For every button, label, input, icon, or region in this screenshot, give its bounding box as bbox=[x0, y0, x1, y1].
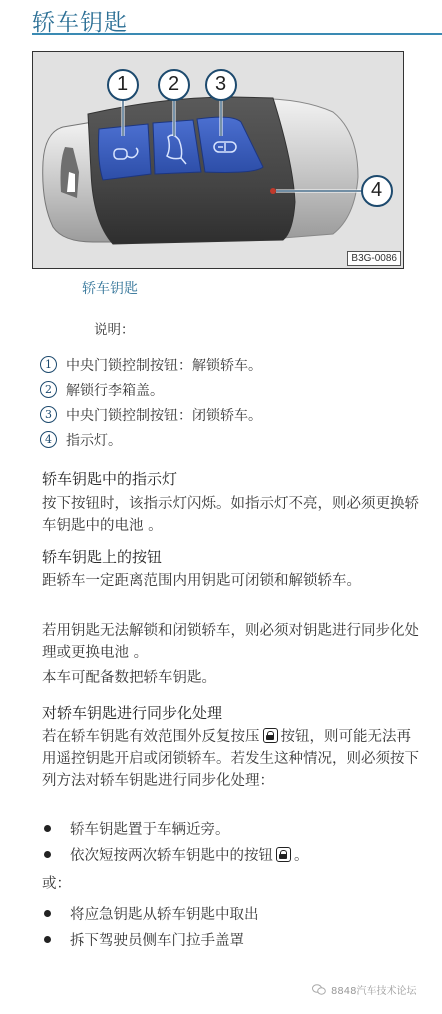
sync-body-before: 若在轿车钥匙有效范围外反复按压 bbox=[42, 729, 260, 745]
legend-label: 说明： bbox=[94, 318, 135, 338]
bullet-icon bbox=[44, 825, 51, 832]
list-item: 依次短按两次轿车钥匙中的按钮。 bbox=[42, 841, 309, 867]
section-heading-indicator: 轿车钥匙中的指示灯 bbox=[42, 468, 177, 489]
step-text-after: 。 bbox=[294, 844, 309, 865]
wechat-icon bbox=[312, 984, 326, 995]
section-heading-sync: 对轿车钥匙进行同步化处理 bbox=[42, 702, 222, 723]
title-underline bbox=[32, 33, 442, 35]
list-item: 拆下驾驶员侧车门拉手盖罩 bbox=[42, 926, 259, 952]
legend-item: 4 指示灯。 bbox=[40, 427, 262, 452]
alt-steps-list: 将应急钥匙从轿车钥匙中取出 拆下驾驶员侧车门拉手盖罩 bbox=[42, 900, 259, 952]
legend-item-text: 中央门锁控制按钮：解锁轿车。 bbox=[66, 355, 262, 375]
bullet-icon bbox=[44, 851, 51, 858]
lock-button-icon bbox=[276, 847, 291, 862]
or-label: 或： bbox=[42, 873, 422, 895]
callout-3: 3 bbox=[215, 73, 226, 96]
legend-item-text: 解锁行李箱盖。 bbox=[66, 380, 164, 400]
legend-item: 2 解锁行李箱盖。 bbox=[40, 377, 262, 402]
callout-legend-list: 1 中央门锁控制按钮：解锁轿车。 2 解锁行李箱盖。 3 中央门锁控制按钮：闭锁… bbox=[40, 352, 262, 452]
callout-number: 1 bbox=[40, 356, 57, 373]
sync-steps-list: 轿车钥匙置于车辆近旁。 依次短按两次轿车钥匙中的按钮。 bbox=[42, 815, 309, 867]
key-fob-figure: 1 2 3 4 B3G-0086 bbox=[32, 51, 404, 269]
callout-4: 4 bbox=[371, 179, 382, 202]
lock-button-icon bbox=[263, 728, 278, 743]
alt-step-text: 拆下驾驶员侧车门拉手盖罩 bbox=[70, 929, 244, 950]
callout-number: 2 bbox=[40, 381, 57, 398]
step-text: 轿车钥匙置于车辆近旁。 bbox=[70, 818, 230, 839]
bullet-icon bbox=[44, 936, 51, 943]
callout-2: 2 bbox=[168, 73, 179, 96]
callout-1: 1 bbox=[117, 73, 128, 96]
callout-number: 4 bbox=[40, 431, 57, 448]
legend-item: 3 中央门锁控制按钮：闭锁轿车。 bbox=[40, 402, 262, 427]
section-body-buttons: 距轿车一定距离范围内用钥匙可闭锁和解锁轿车。 bbox=[42, 570, 422, 592]
trunk-button bbox=[153, 120, 201, 174]
figure-id-label: B3G-0086 bbox=[347, 251, 401, 266]
legend-item-text: 指示灯。 bbox=[66, 430, 122, 450]
callout-number: 3 bbox=[40, 406, 57, 423]
section-body-indicator: 按下按钮时，该指示灯闪烁。如指示灯不亮，则必须更换轿车钥匙中的电池 。 bbox=[42, 493, 422, 537]
step-text-before: 依次短按两次轿车钥匙中的按钮 bbox=[70, 844, 273, 865]
watermark-text: 8848汽车技术论坛 bbox=[331, 982, 416, 997]
list-item: 轿车钥匙置于车辆近旁。 bbox=[42, 815, 309, 841]
list-item: 将应急钥匙从轿车钥匙中取出 bbox=[42, 900, 259, 926]
section-heading-buttons: 轿车钥匙上的按钮 bbox=[42, 546, 162, 567]
unlock-button bbox=[99, 124, 152, 180]
alt-step-text: 将应急钥匙从轿车钥匙中取出 bbox=[70, 903, 259, 924]
indicator-led bbox=[270, 188, 276, 194]
section-body-sync: 若在轿车钥匙有效范围外反复按压按钮，则可能无法再用遥控钥匙开启或闭锁轿车。若发生… bbox=[42, 726, 422, 792]
section-body-buttons-3: 本车可配备数把轿车钥匙。 bbox=[42, 667, 422, 689]
legend-item-text: 中央门锁控制按钮：闭锁轿车。 bbox=[66, 405, 262, 425]
legend-item: 1 中央门锁控制按钮：解锁轿车。 bbox=[40, 352, 262, 377]
section-body-buttons-2: 若用钥匙无法解锁和闭锁轿车，则必须对钥匙进行同步化处理或更换电池 。 bbox=[42, 620, 422, 664]
watermark: 8848汽车技术论坛 bbox=[312, 982, 416, 997]
bullet-icon bbox=[44, 910, 51, 917]
figure-caption: 轿车钥匙 bbox=[82, 278, 138, 298]
